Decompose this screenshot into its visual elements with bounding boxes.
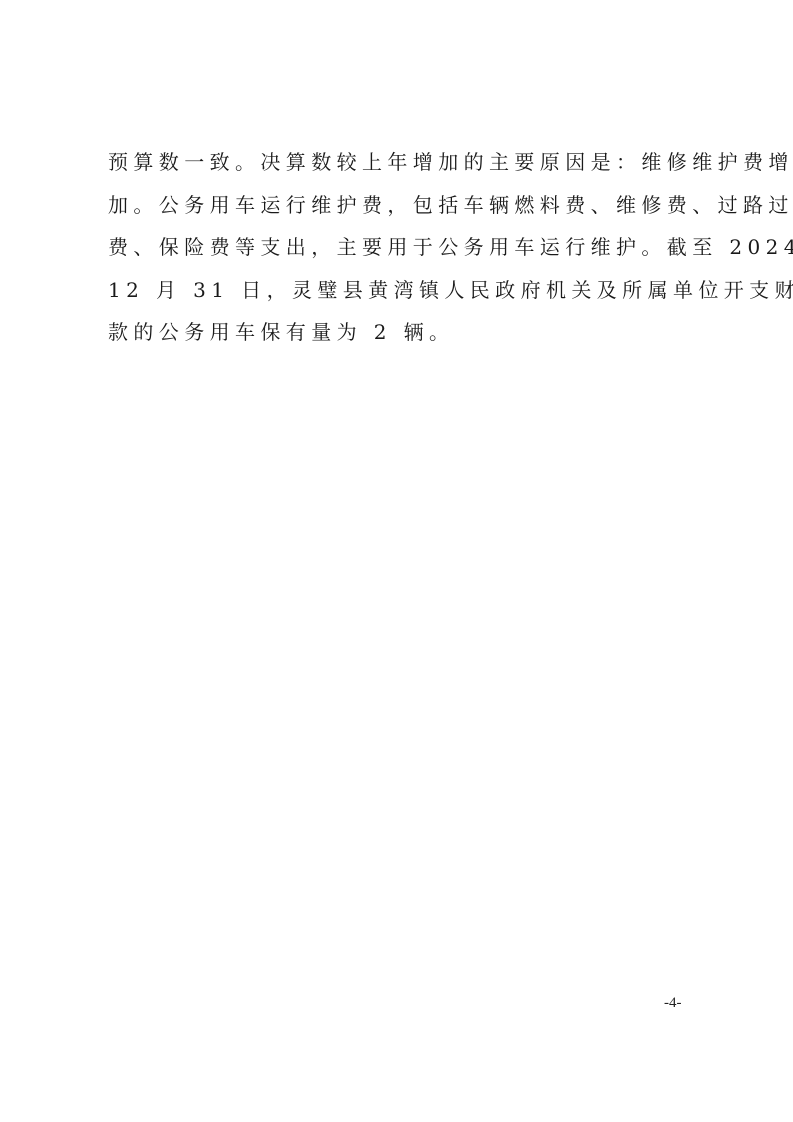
page-number: -4-: [664, 995, 682, 1012]
paragraph-line: 加。公务用车运行维护费，包括车辆燃料费、维修费、过路过桥: [108, 189, 698, 232]
paragraph-line: 款的公务用车保有量为 2 辆。: [108, 316, 698, 359]
paragraph-line: 预算数一致。决算数较上年增加的主要原因是：维修维护费增: [108, 146, 698, 189]
body-paragraph: 预算数一致。决算数较上年增加的主要原因是：维修维护费增 加。公务用车运行维护费，…: [108, 146, 698, 359]
document-page: 预算数一致。决算数较上年增加的主要原因是：维修维护费增 加。公务用车运行维护费，…: [0, 0, 793, 1122]
paragraph-line: 12 月 31 日，灵璧县黄湾镇人民政府机关及所属单位开支财政拨: [108, 274, 698, 317]
paragraph-line: 费、保险费等支出，主要用于公务用车运行维护。截至 2024 年: [108, 231, 698, 274]
